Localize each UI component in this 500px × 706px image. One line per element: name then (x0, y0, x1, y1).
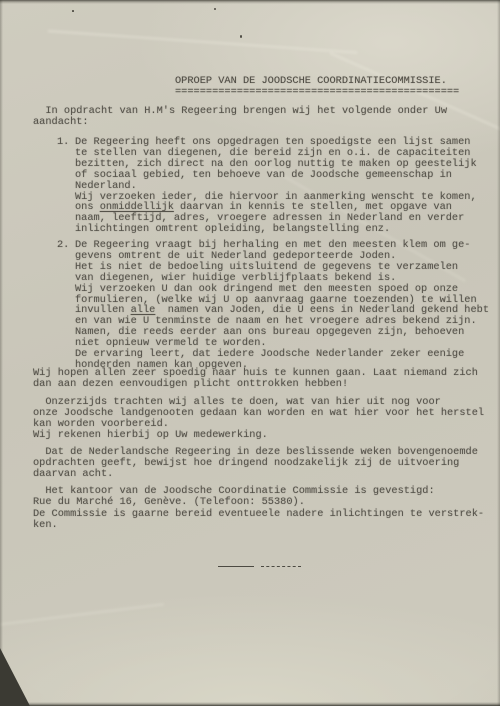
separator-segment (261, 566, 301, 567)
list-number: 2. (57, 240, 75, 371)
separator-segment (218, 566, 254, 567)
scan-edge-left (0, 0, 3, 706)
paragraph-government: Dat de Nederlandsche Regeering in deze b… (33, 447, 478, 480)
title-underline: ========================================… (175, 86, 459, 98)
paragraph-hope: Wij hopen allen zeer spoedig naar huis t… (33, 368, 478, 390)
corner-fold (0, 648, 30, 706)
paragraph-efforts: Onzerzijds trachten wij alles te doen, w… (33, 397, 484, 441)
ink-speck (240, 35, 242, 38)
ink-speck (72, 10, 74, 12)
separator-line (218, 566, 301, 567)
paper-crease (48, 30, 357, 54)
list-item-1: 1. De Regeering heeft ons opgedragen ten… (57, 137, 477, 235)
paragraph-office-address: Het kantoor van de Joodsche Coordinatie … (33, 486, 435, 508)
intro-paragraph: In opdracht van H.M's Regeering brengen … (33, 106, 447, 128)
list-item-2: 2. De Regeering vraagt bij herhaling en … (57, 240, 489, 371)
scan-edge-bottom (0, 702, 500, 706)
scan-edge-top (0, 0, 500, 4)
document-title-block: OPROEP VAN DE JOODSCHE COORDINATIECOMMIS… (175, 76, 459, 98)
document-page: OPROEP VAN DE JOODSCHE COORDINATIECOMMIS… (0, 0, 500, 706)
ink-speck (214, 8, 216, 10)
paragraph-closing: De Commissie is gaarne bereid eventueele… (33, 509, 484, 531)
list-number: 1. (57, 137, 75, 235)
paper-crease (0, 603, 164, 626)
